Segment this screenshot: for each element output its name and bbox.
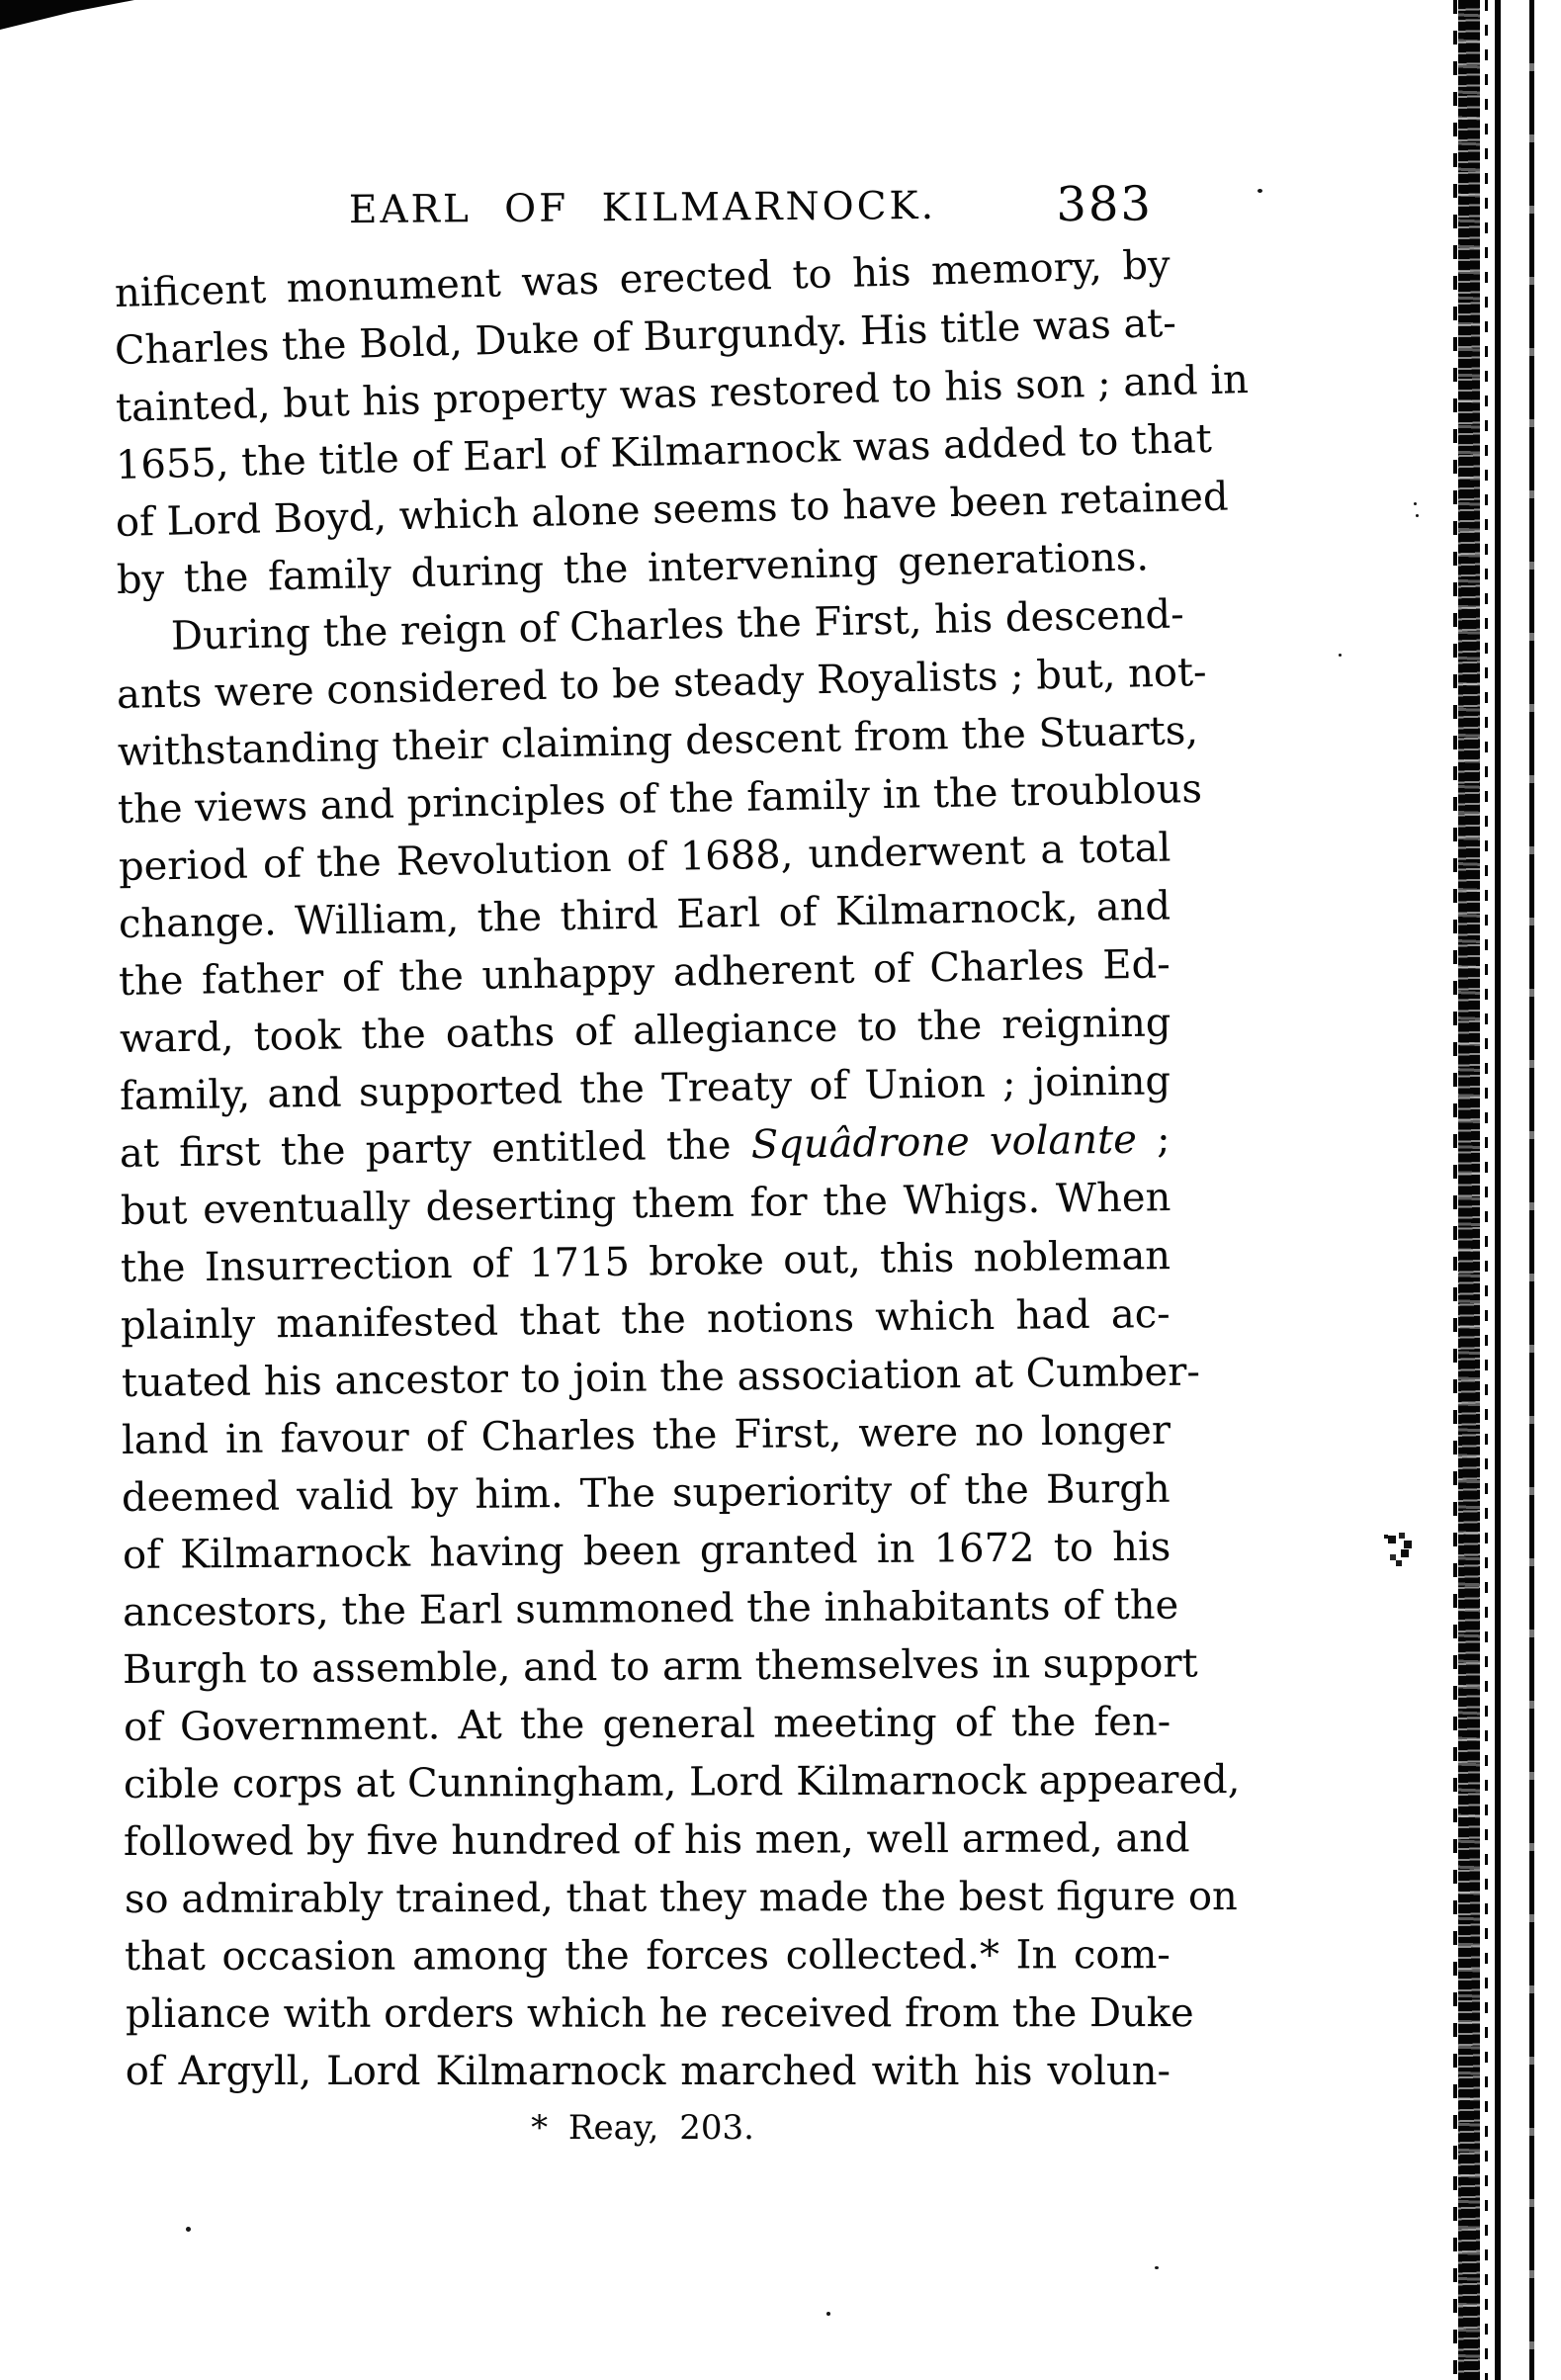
text-segment: of Kilmarnock having been granted in 167… bbox=[123, 1525, 1171, 1578]
text-segment: ward, took the oaths of allegiance to th… bbox=[119, 1000, 1171, 1062]
text-line: ancestors, the Earl summoned the inhabit… bbox=[123, 1577, 1171, 1641]
text-line: so admirably trained, that they made the… bbox=[125, 1868, 1171, 1928]
page-body: nificent monument was erected to his mem… bbox=[115, 265, 1171, 2100]
running-title: EARL OF KILMARNOCK. bbox=[115, 182, 1171, 233]
corner-fold-artifact bbox=[0, 0, 134, 30]
text-segment: ancestors, the Earl summoned the inhabit… bbox=[123, 1583, 1179, 1635]
italic-phrase: Squâdrone volante bbox=[751, 1117, 1138, 1168]
text-line: of Kilmarnock having been granted in 167… bbox=[122, 1519, 1171, 1584]
scan-speck bbox=[1257, 189, 1262, 193]
text-segment: family, and supported the Treaty of Unio… bbox=[120, 1058, 1171, 1119]
text-segment: of Argyll, Lord Kilmarnock marched with … bbox=[126, 2049, 1171, 2094]
text-line: that occasion among the forces collected… bbox=[125, 1926, 1171, 1985]
footnote: * Reay, 203. bbox=[115, 2104, 1171, 2152]
ink-blot-artifact bbox=[1384, 1535, 1388, 1539]
text-line: cible corps at Cunningham, Lord Kilmarno… bbox=[124, 1751, 1171, 1813]
binding-streak-solid bbox=[1495, 0, 1501, 2380]
text-line: Burgh to assemble, and to arm themselves… bbox=[123, 1635, 1171, 1699]
scan-speck bbox=[826, 2312, 830, 2316]
text-segment: at first the party entitled the bbox=[120, 1122, 751, 1177]
text-segment: the Insurrection of 1715 broke out, this… bbox=[121, 1233, 1171, 1291]
text-segment: pliance with orders which he received fr… bbox=[125, 1990, 1193, 2037]
binding-streak-texture bbox=[1458, 0, 1480, 2380]
text-segment: followed by five hundred of his men, wel… bbox=[124, 1815, 1190, 1865]
text-segment: of Government. At the general meeting of… bbox=[124, 1699, 1171, 1750]
text-segment: so admirably trained, that they made the… bbox=[125, 1874, 1238, 1922]
text-line: land in favour of Charles the First, wer… bbox=[122, 1402, 1171, 1469]
text-line: followed by five hundred of his men, wel… bbox=[124, 1809, 1171, 1871]
scanned-book-page: EARL OF KILMARNOCK. 383 nificent monumen… bbox=[0, 0, 1561, 2380]
binding-streak-dotted bbox=[1485, 0, 1488, 2380]
text-segment: land in favour of Charles the First, wer… bbox=[122, 1408, 1171, 1463]
text-segment: deemed valid by him. The superiority of … bbox=[122, 1466, 1171, 1521]
scan-speck bbox=[1339, 654, 1342, 657]
text-segment: plainly manifested that the notions whic… bbox=[121, 1291, 1171, 1349]
text-line: plainly manifested that the notions whic… bbox=[121, 1285, 1171, 1355]
text-segment: tuated his ancestor to join the associat… bbox=[121, 1350, 1199, 1406]
text-segment: Burgh to assemble, and to arm themselves… bbox=[123, 1640, 1198, 1693]
text-line: of Argyll, Lord Kilmarnock marched with … bbox=[126, 2043, 1171, 2100]
binding-streak-far bbox=[1529, 0, 1534, 2380]
text-segment: cible corps at Cunningham, Lord Kilmarno… bbox=[124, 1757, 1241, 1807]
text-segment: the father of the unhappy adherent of Ch… bbox=[119, 941, 1171, 1005]
text-line: deemed valid by him. The superiority of … bbox=[122, 1460, 1171, 1527]
text-line: tuated his ancestor to join the associat… bbox=[121, 1344, 1171, 1412]
text-line: pliance with orders which he received fr… bbox=[125, 1984, 1171, 2043]
text-segment: that occasion among the forces collected… bbox=[125, 1932, 1171, 1980]
text-segment: but eventually deserting them for the Wh… bbox=[120, 1175, 1171, 1234]
scan-speck bbox=[1414, 502, 1417, 505]
page-number: 383 bbox=[1056, 176, 1153, 232]
scan-speck bbox=[1155, 2266, 1159, 2269]
text-segment: ; bbox=[1137, 1116, 1171, 1162]
text-line: of Government. At the general meeting of… bbox=[124, 1693, 1171, 1756]
running-head: EARL OF KILMARNOCK. 383 bbox=[115, 182, 1171, 240]
binding-shadow-artifact bbox=[1452, 0, 1561, 2380]
scan-speck bbox=[186, 2227, 191, 2232]
